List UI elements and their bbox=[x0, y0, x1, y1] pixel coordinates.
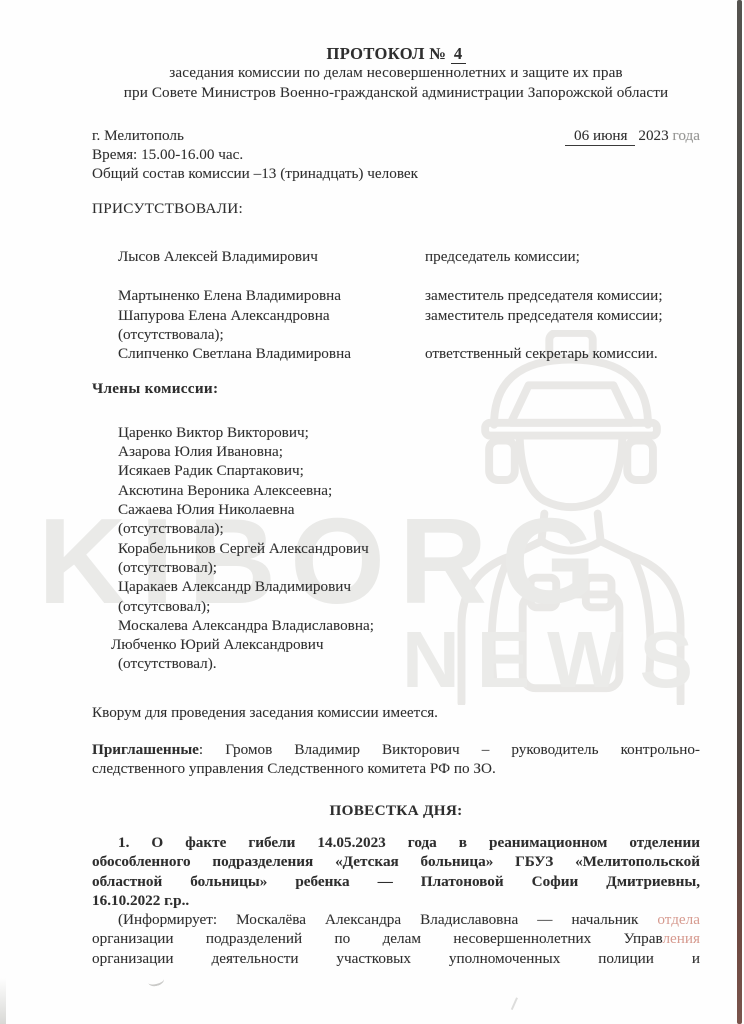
invited-text-line2: следственного управления Следственного к… bbox=[92, 759, 700, 778]
attendee-row: Мартыненко Елена Владимировна заместител… bbox=[92, 286, 700, 305]
informant-text-faded: отдела bbox=[657, 911, 700, 928]
informant-paragraph: (Информирует: Москалёва Александра Влади… bbox=[92, 910, 700, 968]
invited-label: Приглашенные bbox=[92, 741, 199, 758]
agenda-item-1: 1. О факте гибели 14.05.2023 года в реан… bbox=[92, 833, 700, 910]
member-line: Аксютина Вероника Алексеевна; bbox=[118, 481, 700, 500]
attendee-role: председатель комиссии; bbox=[425, 247, 700, 266]
document-subtitle-2: при Совете Министров Военно-гражданской … bbox=[92, 83, 700, 102]
date-year: 2023 bbox=[635, 127, 673, 144]
date-day-month: 06 июня bbox=[565, 127, 635, 146]
date-suffix: года bbox=[673, 127, 700, 144]
member-line: Сажаева Юлия Николаевна bbox=[118, 500, 700, 519]
member-line: Любченко Юрий Александрович bbox=[111, 635, 700, 654]
date-line: 06 июня 2023 года bbox=[565, 126, 700, 145]
invited-paragraph: Приглашенные: Громов Владимир Викторович… bbox=[92, 740, 700, 779]
document-title: ПРОТОКОЛ № 4 bbox=[92, 44, 700, 63]
attendee-name: Слипченко Светлана Владимировна bbox=[92, 344, 425, 363]
scan-edge-line bbox=[737, 0, 742, 1024]
member-line: Азарова Юлия Ивановна; bbox=[118, 442, 700, 461]
attendees-list: Лысов Алексей Владимирович председатель … bbox=[92, 247, 700, 363]
member-line: Царакаев Александр Владимирович bbox=[118, 577, 700, 596]
attendee-role: заместитель председателя комиссии; bbox=[425, 286, 700, 305]
scan-artifact bbox=[511, 997, 526, 1013]
agenda-item-line: обособленного подразделения «Детская бол… bbox=[92, 852, 700, 871]
present-heading: ПРИСУТСТВОВАЛИ: bbox=[92, 199, 700, 218]
attendee-role bbox=[425, 325, 700, 344]
member-line: Царенко Виктор Викторович; bbox=[118, 423, 700, 442]
document-content: ПРОТОКОЛ № 4 заседания комиссии по делам… bbox=[92, 44, 700, 968]
attendee-row: Лысов Алексей Владимирович председатель … bbox=[92, 247, 700, 266]
title-prefix: ПРОТОКОЛ № bbox=[326, 44, 450, 63]
agenda-heading: ПОВЕСТКА ДНЯ: bbox=[92, 801, 700, 820]
attendee-name: Лысов Алексей Владимирович bbox=[92, 247, 425, 266]
members-list: Царенко Виктор Викторович; Азарова Юлия … bbox=[92, 423, 700, 674]
members-heading: Члены комиссии: bbox=[92, 379, 700, 398]
attendee-row: Шапурова Елена Александровна заместитель… bbox=[92, 306, 700, 325]
time-line: Время: 15.00-16.00 час. bbox=[92, 145, 700, 164]
attendee-row: Слипченко Светлана Владимировна ответств… bbox=[92, 344, 700, 363]
scan-corner-shadow bbox=[0, 978, 6, 1024]
attendee-role: заместитель председателя комиссии; bbox=[425, 306, 700, 325]
document-subtitle-1: заседания комиссии по делам несовершенно… bbox=[92, 63, 700, 82]
member-absence-note: (отсутствовал). bbox=[118, 654, 700, 673]
informant-line: (Информирует: Москалёва Александра Влади… bbox=[92, 910, 700, 929]
attendee-row: (отсутствовала); bbox=[92, 325, 700, 344]
member-absence-note: (отсутствовал); bbox=[118, 558, 700, 577]
informant-text-faded: ления bbox=[662, 930, 700, 947]
member-line: Исякаев Радик Спартакович; bbox=[118, 461, 700, 480]
attendee-name: Мартыненко Елена Владимировна bbox=[92, 286, 425, 305]
scanned-document-page: KIBORG NEWS ПРОТОКОЛ № 4 заседания комис… bbox=[0, 0, 744, 1024]
member-absence-note: (отсутсвовал); bbox=[118, 597, 700, 616]
agenda-item-line: 16.10.2022 г.р.. bbox=[92, 891, 700, 910]
meta-block: г. Мелитополь 06 июня 2023 года Время: 1… bbox=[92, 126, 700, 184]
scan-artifact bbox=[147, 974, 165, 988]
attendee-role: ответственный секретарь комиссии. bbox=[425, 344, 700, 363]
attendee-name: Шапурова Елена Александровна bbox=[92, 306, 425, 325]
agenda-item-line: 1. О факте гибели 14.05.2023 года в реан… bbox=[92, 833, 700, 852]
invited-text: : Громов Владимир Викторович – руководит… bbox=[199, 741, 700, 758]
informant-line: организации деятельности участковых упол… bbox=[92, 949, 700, 968]
agenda-item-line: областной больницы» ребенка — Платоновой… bbox=[92, 872, 700, 891]
attendee-absence-note: (отсутствовала); bbox=[92, 325, 425, 344]
member-absence-note: (отсутствовала); bbox=[118, 519, 700, 538]
informant-line: организации подразделений по делам несов… bbox=[92, 929, 700, 948]
quorum-line: Кворум для проведения заседания комиссии… bbox=[92, 703, 700, 722]
title-number: 4 bbox=[451, 44, 466, 64]
member-line: Корабельников Сергей Александрович bbox=[118, 539, 700, 558]
informant-text: организации подразделений по делам несов… bbox=[92, 930, 662, 947]
member-line: Москалева Александра Владиславовна; bbox=[118, 616, 700, 635]
informant-text: (Информирует: Москалёва Александра Влади… bbox=[118, 911, 657, 928]
composition-line: Общий состав комиссии –13 (тринадцать) ч… bbox=[92, 164, 700, 183]
